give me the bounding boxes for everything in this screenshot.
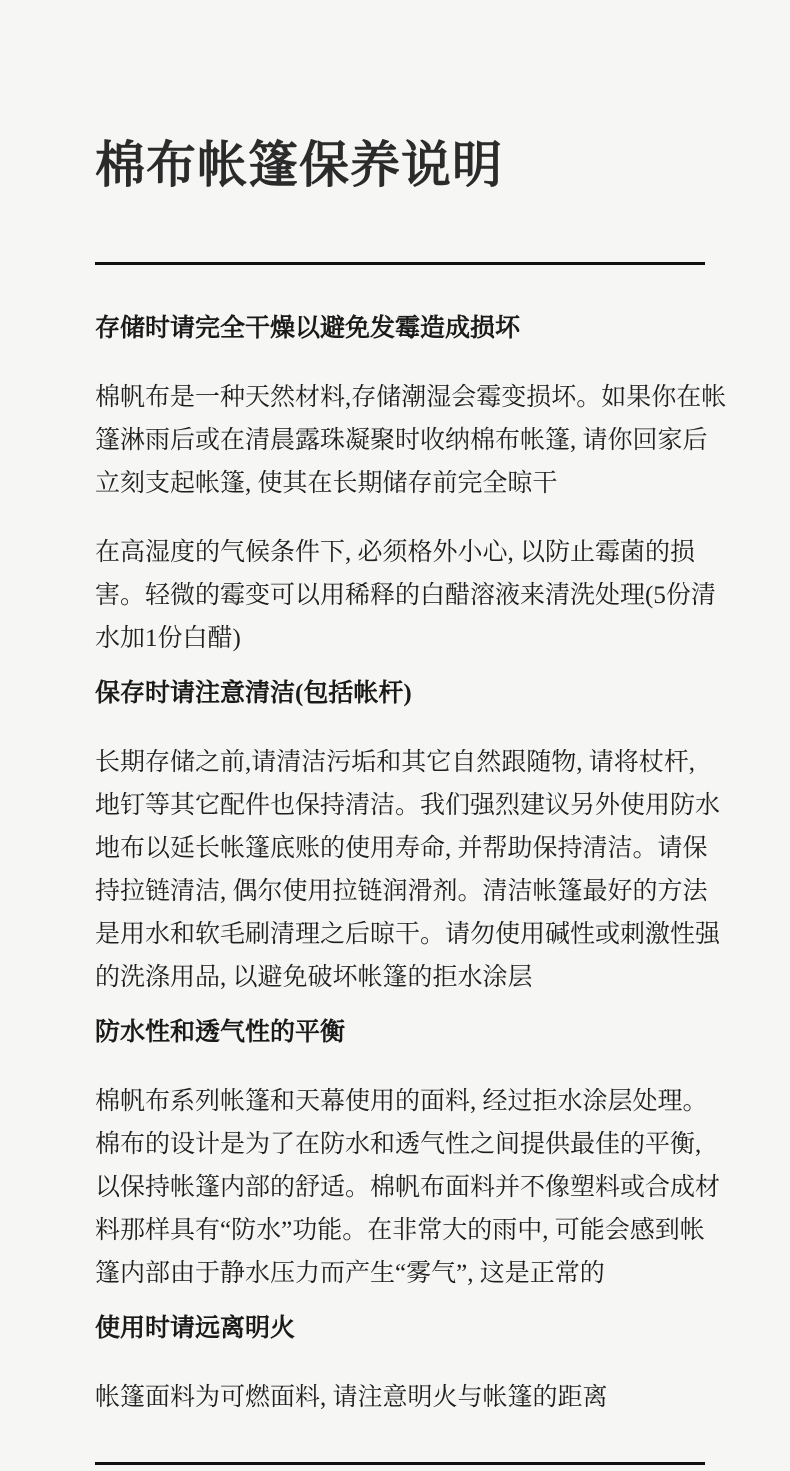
section-storage-dryness: 存储时请完全干燥以避免发霉造成损坏 棉帆布是一种天然材料,存储潮湿会霉变损坏。如… (95, 307, 705, 660)
text-line: 立刻支起帐篷, 使其在长期储存前完全晾干 (95, 462, 705, 505)
page-title: 棉布帐篷保养说明 (95, 136, 705, 194)
section-heading-storage-dryness: 存储时请完全干燥以避免发霉造成损坏 (95, 307, 705, 350)
section-heading-waterproof-breathability: 防水性和透气性的平衡 (95, 1011, 705, 1054)
text-line: 长期存储之前,请清洁污垢和其它自然跟随物, 请将杖杆, (95, 741, 705, 784)
text-line: 篷淋雨后或在清晨露珠凝聚时收纳棉布帐篷, 请你回家后 (95, 419, 705, 462)
text-line: 棉布的设计是为了在防水和透气性之间提供最佳的平衡, (95, 1123, 705, 1166)
care-instructions-page: 棉布帐篷保养说明 存储时请完全干燥以避免发霉造成损坏 棉帆布是一种天然材料,存储… (0, 0, 790, 1471)
text-line: 害。轻微的霉变可以用稀释的白醋溶液来清洗处理(5份清 (95, 574, 705, 617)
paragraph: 帐篷面料为可燃面料, 请注意明火与帐篷的距离 (95, 1376, 705, 1419)
section-heading-keep-away-from-fire: 使用时请远离明火 (95, 1307, 705, 1350)
text-line: 地钉等其它配件也保持清洁。我们强烈建议另外使用防水 (95, 784, 705, 827)
section-storage-cleanliness: 保存时请注意清洁(包括帐杆) 长期存储之前,请清洁污垢和其它自然跟随物, 请将杖… (95, 672, 705, 999)
text-line: 的洗涤用品, 以避免破坏帐篷的拒水涂层 (95, 956, 705, 999)
text-line: 水加1份白醋) (95, 617, 705, 660)
title-divider (95, 262, 705, 265)
paragraph: 棉帆布系列帐篷和天幕使用的面料, 经过拒水涂层处理。 棉布的设计是为了在防水和透… (95, 1080, 705, 1295)
text-line: 棉帆布是一种天然材料,存储潮湿会霉变损坏。如果你在帐 (95, 376, 705, 419)
paragraph: 棉帆布是一种天然材料,存储潮湿会霉变损坏。如果你在帐 篷淋雨后或在清晨露珠凝聚时… (95, 376, 705, 505)
section-waterproof-breathability: 防水性和透气性的平衡 棉帆布系列帐篷和天幕使用的面料, 经过拒水涂层处理。 棉布… (95, 1011, 705, 1295)
text-line: 棉帆布系列帐篷和天幕使用的面料, 经过拒水涂层处理。 (95, 1080, 705, 1123)
text-line: 在高湿度的气候条件下, 必须格外小心, 以防止霉菌的损 (95, 531, 705, 574)
text-line: 篷内部由于静水压力而产生“雾气”, 这是正常的 (95, 1252, 705, 1295)
text-line: 地布以延长帐篷底账的使用寿命, 并帮助保持清洁。请保 (95, 827, 705, 870)
text-line: 持拉链清洁, 偶尔使用拉链润滑剂。清洁帐篷最好的方法 (95, 870, 705, 913)
paragraph: 长期存储之前,请清洁污垢和其它自然跟随物, 请将杖杆, 地钉等其它配件也保持清洁… (95, 741, 705, 999)
section-heading-storage-cleanliness: 保存时请注意清洁(包括帐杆) (95, 672, 705, 715)
paragraph: 在高湿度的气候条件下, 必须格外小心, 以防止霉菌的损 害。轻微的霉变可以用稀释… (95, 531, 705, 660)
text-line: 帐篷面料为可燃面料, 请注意明火与帐篷的距离 (95, 1376, 705, 1419)
text-line: 以保持帐篷内部的舒适。棉帆布面料并不像塑料或合成材 (95, 1166, 705, 1209)
bottom-divider (95, 1462, 705, 1465)
text-line: 是用水和软毛刷清理之后晾干。请勿使用碱性或刺激性强 (95, 913, 705, 956)
text-line: 料那样具有“防水”功能。在非常大的雨中, 可能会感到帐 (95, 1209, 705, 1252)
section-keep-away-from-fire: 使用时请远离明火 帐篷面料为可燃面料, 请注意明火与帐篷的距离 (95, 1307, 705, 1419)
